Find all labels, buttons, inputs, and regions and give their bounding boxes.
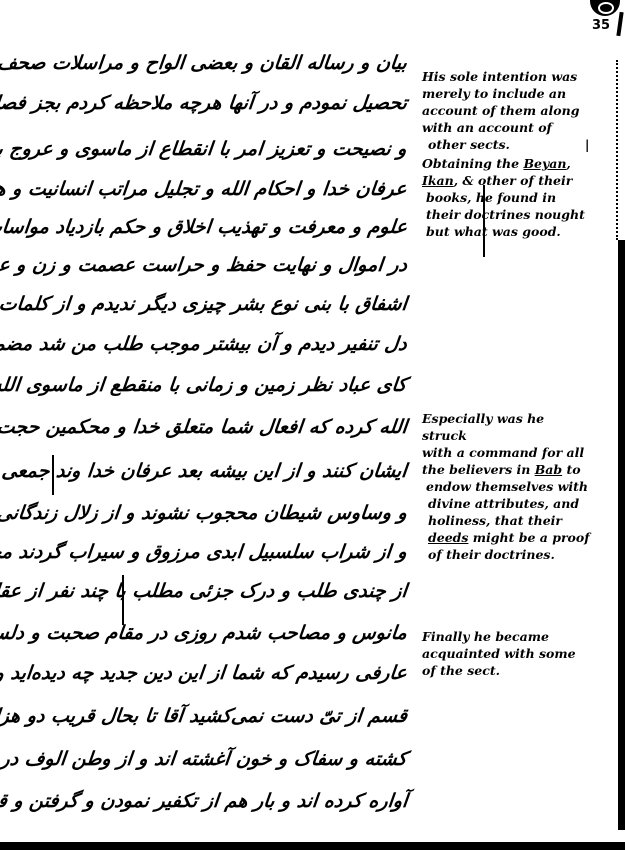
text-line: الله کرده که افعال شما متعلق خدا و محکمی… [0, 416, 408, 438]
note-line: account of them along [422, 102, 592, 119]
text-line: تحصیل نمودم و در آنها هرچه ملاحظه کردم ب… [0, 92, 408, 114]
note-line: with an account of [422, 119, 592, 136]
note-line: other sects. [422, 136, 592, 153]
folio-number: 35 [592, 18, 610, 33]
text-line: مانوس و مصاحب شدم روزی در مقام صحبت و دل… [0, 622, 408, 644]
text-line: علوم و معرفت و تهذیب اخلاق و حکم بازدیاد… [0, 216, 408, 238]
note-line: of the sect. [422, 662, 592, 679]
underlined-word: Bab [535, 462, 562, 477]
note-line: Obtaining the Beyan, [422, 155, 592, 172]
marginal-note-1: His sole intention was merely to include… [422, 68, 592, 153]
text-line: و وساوس شیطان محجوب نشوند و از زلال زندگ… [0, 502, 408, 524]
underlined-word: Beyan [523, 156, 566, 171]
margin-tick: | [585, 138, 589, 152]
folio-mark [616, 12, 623, 36]
text-line: در اموال و نهایت حفظ و حراست عصمت و زن و… [0, 254, 408, 276]
text-line: قسم از تیّ دست نمی‌کشید آقا تا بحال قریب… [0, 705, 408, 727]
text-line: کای عباد نظر زمین و زمانی با منقطع از ما… [0, 374, 408, 396]
note-line: Ikan, & other of their [422, 172, 592, 189]
text-line: بیان و رساله القان و بعضی الواح و مراسلا… [0, 52, 408, 74]
text-line: کشته و سفاک و خون آغشته اند و از وطن الو… [0, 748, 408, 770]
note-line: of their doctrines. [422, 546, 592, 563]
marginal-note-2: Obtaining the Beyan, Ikan, & other of th… [422, 155, 592, 240]
text-line: عارفی رسیدم که شما از این دین جدید چه دی… [0, 662, 408, 684]
note-line: books, he found in [422, 189, 592, 206]
marginal-note-4: Finally he became acquainted with some o… [422, 628, 592, 679]
text-line: اشفاق با بنی نوع بشر چیزی دیگر ندیدم و ا… [0, 293, 408, 315]
text-line: و نصیحت و تعزیز امر با انقطاع از ماسوی و… [0, 138, 408, 160]
note-line: the believers in Bab to [422, 461, 592, 478]
note-line: divine attributes, and [422, 495, 592, 512]
annotation-bracket [483, 185, 485, 257]
insertion-mark [52, 455, 54, 495]
text-line: ایشان کنند و از این بیشه بعد عرفان خدا و… [0, 460, 408, 482]
note-line: Finally he became [422, 628, 592, 645]
page-edge-shadow [618, 240, 625, 830]
page-bottom-edge [0, 842, 625, 850]
note-line: His sole intention was [422, 68, 592, 85]
text-line: از چندی طلب و درک جزئی مطلب با چند نفر ا… [0, 580, 408, 602]
text-line: و از شراب سلسبیل ابدی مرزوق و سیراب گردن… [0, 541, 408, 563]
note-line: their doctrines nought [422, 206, 592, 223]
note-line: Especially was he struck [422, 410, 592, 444]
page-edge-shadow [616, 60, 620, 240]
underlined-word: Ikan [422, 173, 454, 188]
note-line: but what was good. [422, 223, 592, 240]
text-line: دل تنفیر دیدم و آن بیشتر موجب طلب من شد … [0, 333, 408, 355]
library-stamp-icon [590, 0, 620, 16]
text-line: عرفان خدا و احکام الله و تجلیل مراتب انس… [0, 178, 408, 200]
note-line: acquainted with some [422, 645, 592, 662]
text-line: آواره کرده اند و بار هم از تکفیر نمودن و… [0, 790, 408, 812]
insertion-mark [122, 575, 124, 625]
manuscript-page: 35 بیان و رساله القان و بعضی الواح و مرا… [0, 0, 625, 850]
underlined-word: deeds [428, 530, 468, 545]
note-line: with a command for all [422, 444, 592, 461]
note-line: deeds might be a proof [422, 529, 592, 546]
note-line: merely to include an [422, 85, 592, 102]
note-line: holiness, that their [422, 512, 592, 529]
note-line: endow themselves with [422, 478, 592, 495]
marginal-note-3: Especially was he struck with a command … [422, 410, 592, 563]
